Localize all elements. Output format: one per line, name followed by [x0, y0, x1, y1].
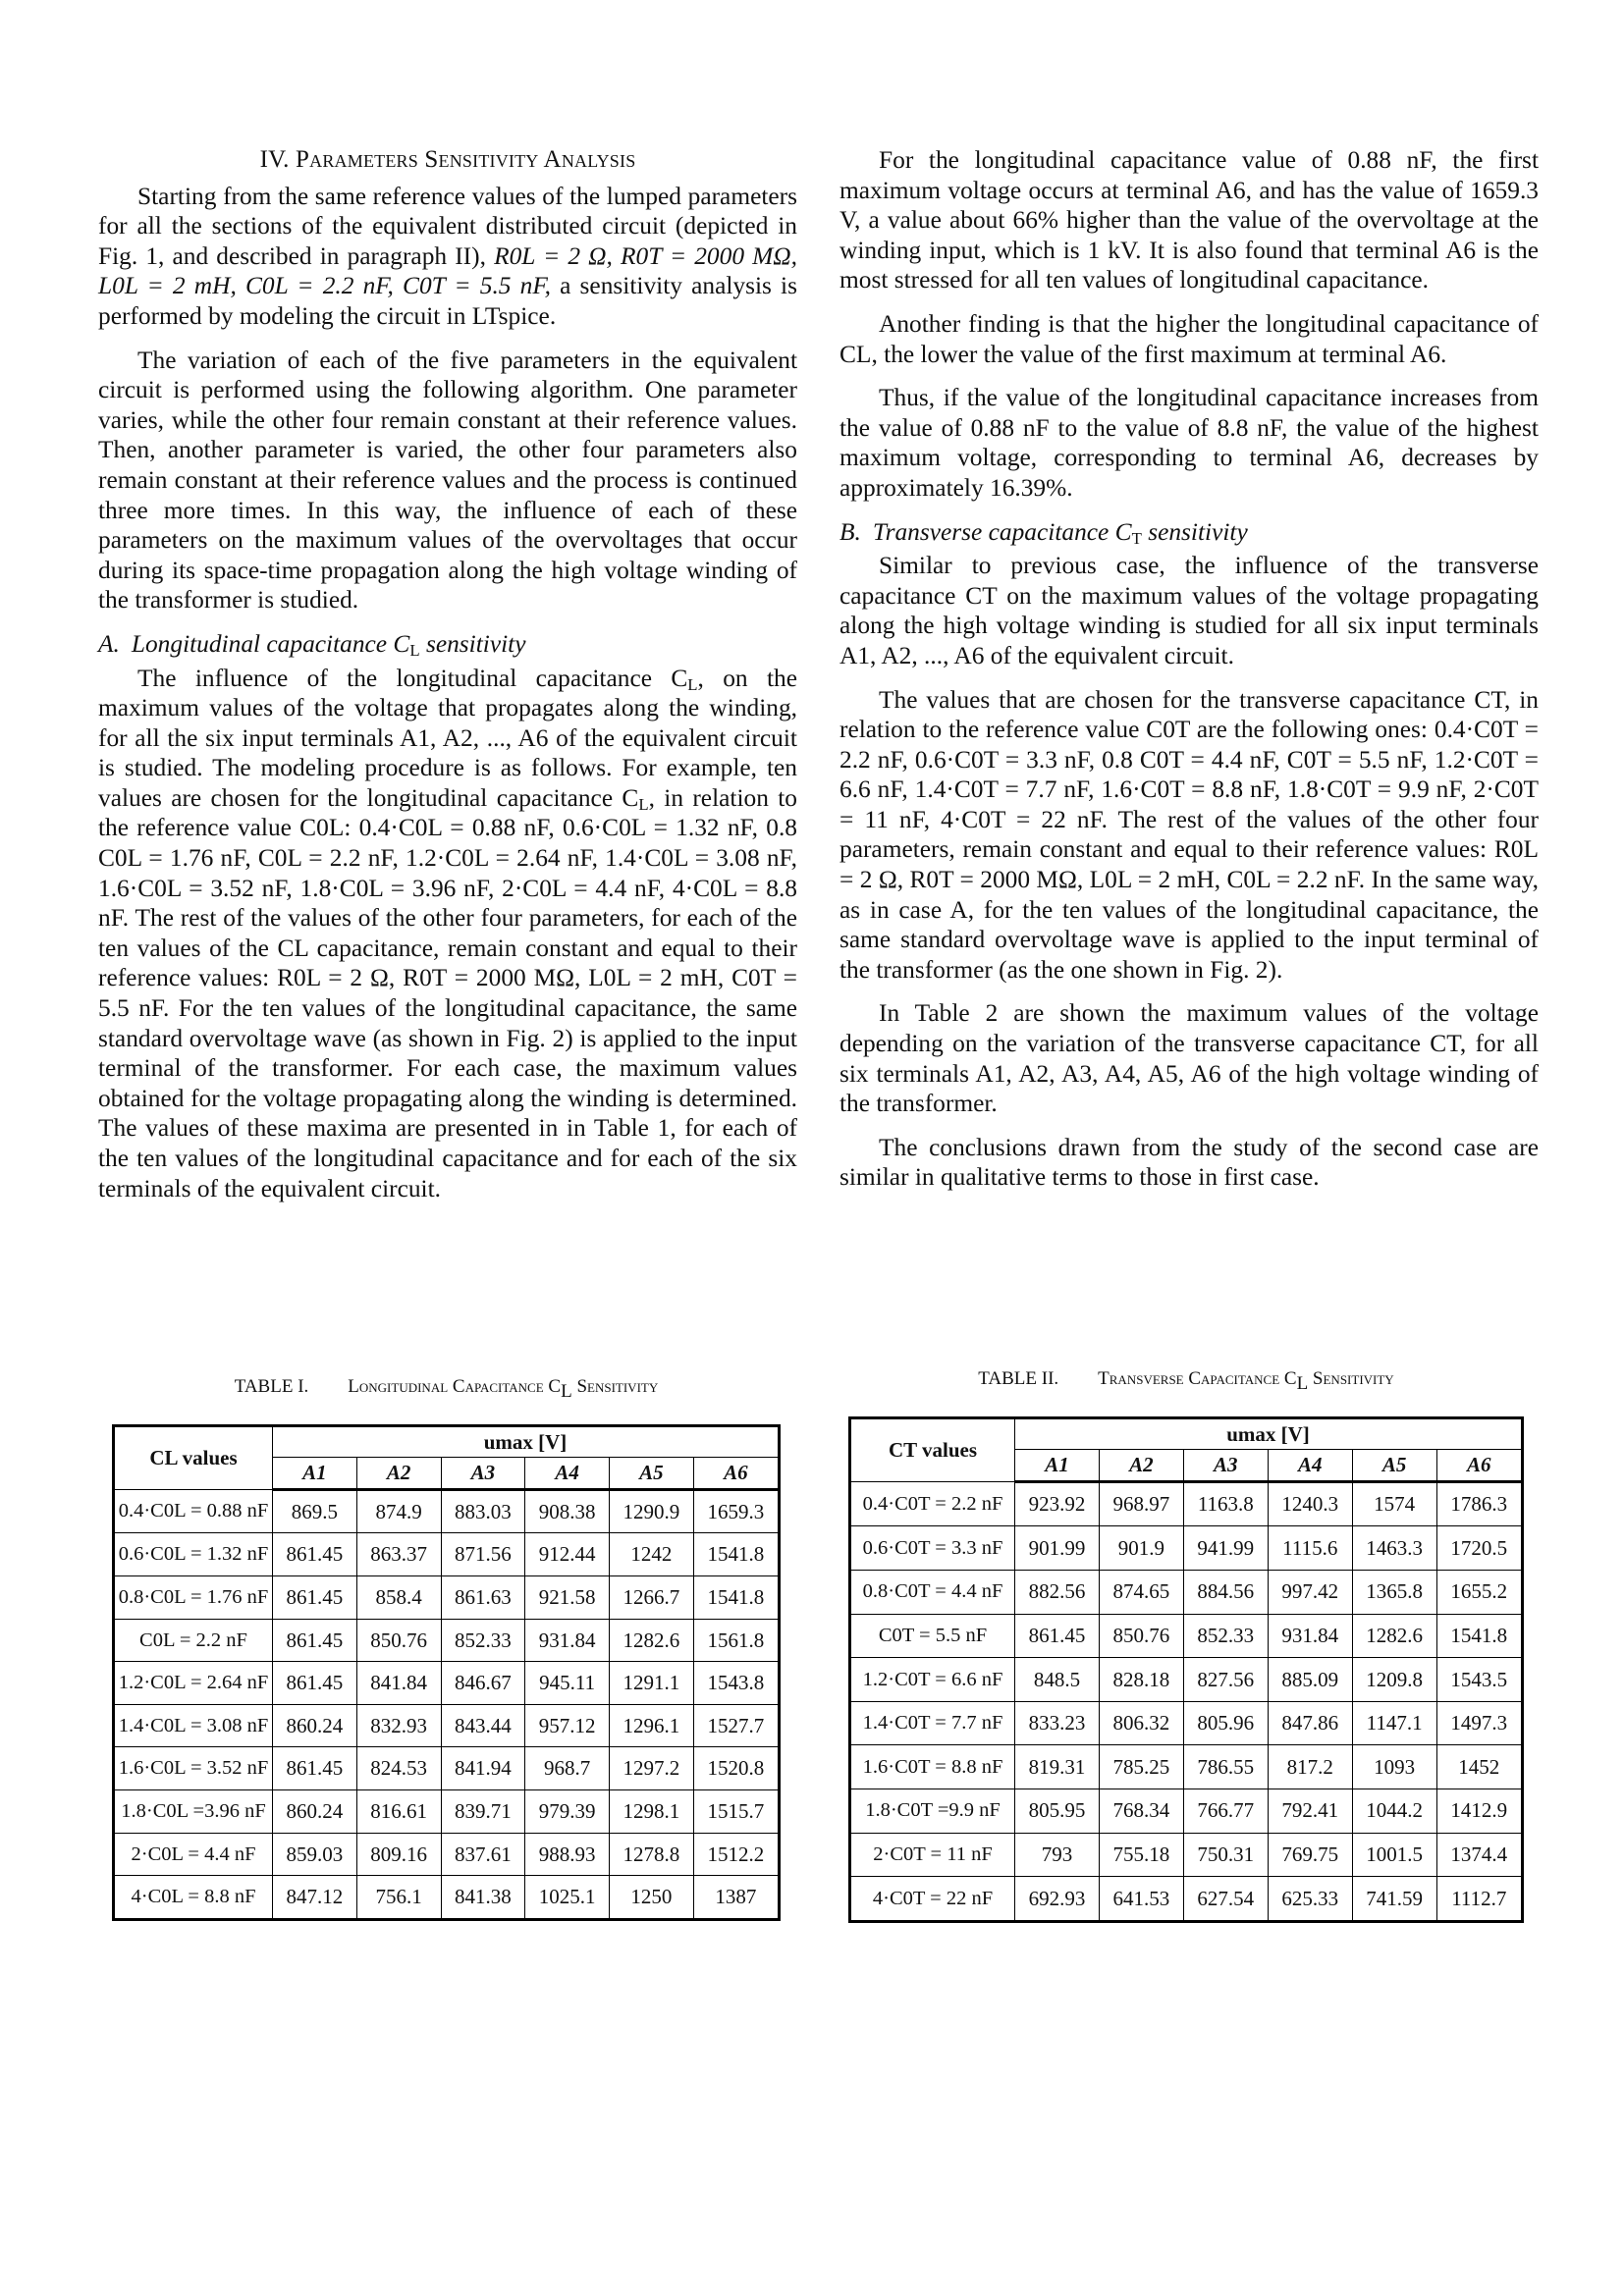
row-label: 1.2·C0L = 2.64 nF: [114, 1662, 273, 1705]
table-caption: TABLE I.Longitudinal Capacitance CL Sens…: [112, 1372, 781, 1403]
row-label: 1.4·C0T = 7.7 nF: [850, 1701, 1015, 1745]
table-cell: 1093: [1352, 1745, 1436, 1789]
table-row: 0.6·C0L = 1.32 nF861.45863.37871.56912.4…: [114, 1533, 780, 1576]
row-label: 0.8·C0T = 4.4 nF: [850, 1570, 1015, 1614]
table-cell: 837.61: [441, 1833, 525, 1876]
table-cell: 625.33: [1268, 1877, 1352, 1922]
row-label: 1.6·C0T = 8.8 nF: [850, 1745, 1015, 1789]
table-cell: 768.34: [1099, 1789, 1183, 1833]
table-cell: 1543.8: [693, 1662, 779, 1705]
table-row: 0.8·C0T = 4.4 nF882.56874.65884.56997.42…: [850, 1570, 1523, 1614]
table-cell: 809.16: [356, 1833, 441, 1876]
paragraph-algorithm: The variation of each of the five parame…: [98, 346, 797, 615]
subsection-a-heading: A.Longitudinal capacitance CL sensitivit…: [98, 629, 797, 660]
table-cell: 861.45: [1015, 1614, 1100, 1658]
table-row: 1.2·C0T = 6.6 nF848.5828.18827.56885.091…: [850, 1658, 1523, 1702]
table-cell: 1515.7: [693, 1789, 779, 1833]
table-cell: 1025.1: [525, 1876, 610, 1920]
table-cell: 627.54: [1183, 1877, 1268, 1922]
table-cell: 1297.2: [610, 1747, 694, 1790]
table-cell: 848.5: [1015, 1658, 1100, 1702]
paragraph-table2-ref: In Table 2 are shown the maximum values …: [839, 998, 1539, 1118]
paragraph-decrease: Thus, if the value of the longitudinal c…: [839, 383, 1539, 503]
table-cell: 1574: [1352, 1481, 1436, 1526]
table-row: 4·C0L = 8.8 nF847.12756.1841.381025.1125…: [114, 1876, 780, 1920]
table-cell: 1001.5: [1352, 1833, 1436, 1877]
row-label: 0.6·C0T = 3.3 nF: [850, 1526, 1015, 1571]
table-cell: 1452: [1436, 1745, 1522, 1789]
table-row: C0T = 5.5 nF861.45850.76852.33931.841282…: [850, 1614, 1523, 1658]
table-cell: 1543.5: [1436, 1658, 1522, 1702]
table-row: 0.4·C0T = 2.2 nF923.92968.971163.81240.3…: [850, 1481, 1523, 1526]
paragraph-text: The influence of the longitudinal capaci…: [137, 665, 687, 692]
subscript: L: [409, 641, 419, 660]
table-cell: 1412.9: [1436, 1789, 1522, 1833]
table-row: 4·C0T = 22 nF692.93641.53627.54625.33741…: [850, 1877, 1523, 1922]
table-cell: 859.03: [273, 1833, 357, 1876]
table-row: 0.6·C0T = 3.3 nF901.99901.9941.991115.61…: [850, 1526, 1523, 1571]
table-cell: 1720.5: [1436, 1526, 1522, 1571]
table-row: 1.6·C0L = 3.52 nF861.45824.53841.94968.7…: [114, 1747, 780, 1790]
table-cell: 1163.8: [1183, 1481, 1268, 1526]
table-cell: 861.45: [273, 1575, 357, 1619]
table-row: 1.4·C0T = 7.7 nF833.23806.32805.96847.86…: [850, 1701, 1523, 1745]
row-label: 1.8·C0L =3.96 nF: [114, 1789, 273, 1833]
table-cell: 861.45: [273, 1747, 357, 1790]
table-cell: 806.32: [1099, 1701, 1183, 1745]
subsection-title-end: sensitivity: [1142, 518, 1248, 546]
table-cell: 792.41: [1268, 1789, 1352, 1833]
row-label: 2·C0T = 11 nF: [850, 1833, 1015, 1877]
left-column: IV. Parameters Sensitivity Analysis Star…: [98, 145, 797, 1217]
table-cell: 1387: [693, 1876, 779, 1920]
row-label: 1.8·C0T =9.9 nF: [850, 1789, 1015, 1833]
table-cell: 882.56: [1015, 1570, 1100, 1614]
subsection-title: Transverse capacitance C: [873, 518, 1132, 546]
column-header: A2: [1099, 1450, 1183, 1482]
table-cell: 1266.7: [610, 1575, 694, 1619]
table-cell: 750.31: [1183, 1833, 1268, 1877]
table-row: 2·C0L = 4.4 nF859.03809.16837.61988.9312…: [114, 1833, 780, 1876]
table-cell: 931.84: [525, 1619, 610, 1662]
table-cell: 850.76: [1099, 1614, 1183, 1658]
row-label: 0.8·C0L = 1.76 nF: [114, 1575, 273, 1619]
subsection-label: A.: [98, 630, 120, 658]
column-header: A5: [610, 1458, 694, 1490]
table-cell: 1290.9: [610, 1489, 694, 1533]
table-cell: 805.95: [1015, 1789, 1100, 1833]
table-cell: 979.39: [525, 1789, 610, 1833]
table-cell: 1786.3: [1436, 1481, 1522, 1526]
table-cell: 1044.2: [1352, 1789, 1436, 1833]
table-cell: 769.75: [1268, 1833, 1352, 1877]
table-cell: 912.44: [525, 1533, 610, 1576]
row-label: 0.6·C0L = 1.32 nF: [114, 1533, 273, 1576]
table-cell: 827.56: [1183, 1658, 1268, 1702]
table-cell: 1497.3: [1436, 1701, 1522, 1745]
table-cell: 860.24: [273, 1789, 357, 1833]
subsection-label: B.: [839, 518, 861, 546]
table-cell: 884.56: [1183, 1570, 1268, 1614]
subscript: L: [561, 1381, 572, 1402]
paragraph-reference-values: Starting from the same reference values …: [98, 182, 797, 332]
table-cell: 1250: [610, 1876, 694, 1920]
table-cell: 1541.8: [1436, 1614, 1522, 1658]
table-cell: 885.09: [1268, 1658, 1352, 1702]
table-row: 0.8·C0L = 1.76 nF861.45858.4861.63921.58…: [114, 1575, 780, 1619]
table-cell: 1541.8: [693, 1575, 779, 1619]
table-cell: 863.37: [356, 1533, 441, 1576]
table-cell: 839.71: [441, 1789, 525, 1833]
table-cell: 847.12: [273, 1876, 357, 1920]
table-cell: 756.1: [356, 1876, 441, 1920]
table-body: 0.4·C0T = 2.2 nF923.92968.971163.81240.3…: [850, 1481, 1523, 1921]
table-cell: 1282.6: [610, 1619, 694, 1662]
data-table: CL values umax [V] A1 A2 A3 A4 A5 A6 0.4…: [112, 1424, 781, 1921]
column-header: A6: [1436, 1450, 1522, 1482]
table-cell: 1291.1: [610, 1662, 694, 1705]
section-heading: IV. Parameters Sensitivity Analysis: [98, 145, 797, 176]
table-cell: 957.12: [525, 1704, 610, 1747]
row-label: 0.4·C0T = 2.2 nF: [850, 1481, 1015, 1526]
table-cell: 847.86: [1268, 1701, 1352, 1745]
column-header: A3: [1183, 1450, 1268, 1482]
table-cell: 1463.3: [1352, 1526, 1436, 1571]
subscript: L: [687, 675, 697, 694]
table-cell: 828.18: [1099, 1658, 1183, 1702]
table-cell: 1240.3: [1268, 1481, 1352, 1526]
table-cell: 833.23: [1015, 1701, 1100, 1745]
table-cell: 921.58: [525, 1575, 610, 1619]
table-title: Longitudinal Capacitance C: [348, 1376, 561, 1397]
column-header: A6: [693, 1458, 779, 1490]
table-cell: 817.2: [1268, 1745, 1352, 1789]
table-cell: 945.11: [525, 1662, 610, 1705]
table-cell: 1115.6: [1268, 1526, 1352, 1571]
paragraph-first-maximum: For the longitudinal capacitance value o…: [839, 145, 1539, 295]
row-header: CL values: [114, 1425, 273, 1489]
table-cell: 1282.6: [1352, 1614, 1436, 1658]
table-cell: 841.38: [441, 1876, 525, 1920]
table-cell: 786.55: [1183, 1745, 1268, 1789]
table-cell: 874.65: [1099, 1570, 1183, 1614]
column-header: A4: [525, 1458, 610, 1490]
table-cell: 641.53: [1099, 1877, 1183, 1922]
table-cell: 861.45: [273, 1533, 357, 1576]
table-1: TABLE I.Longitudinal Capacitance CL Sens…: [112, 1372, 781, 1921]
table-cell: 871.56: [441, 1533, 525, 1576]
row-label: 0.4·C0L = 0.88 nF: [114, 1489, 273, 1533]
table-cell: 755.18: [1099, 1833, 1183, 1877]
table-cell: 1296.1: [610, 1704, 694, 1747]
paragraph-text: , in relation to the reference value C0L…: [98, 784, 797, 1202]
table-cell: 846.67: [441, 1662, 525, 1705]
right-column: For the longitudinal capacitance value o…: [839, 145, 1539, 1206]
table-row: 1.4·C0L = 3.08 nF860.24832.93843.44957.1…: [114, 1704, 780, 1747]
table-body: 0.4·C0L = 0.88 nF869.5874.9883.03908.381…: [114, 1489, 780, 1919]
table-cell: 968.97: [1099, 1481, 1183, 1526]
table-cell: 785.25: [1099, 1745, 1183, 1789]
table-cell: 908.38: [525, 1489, 610, 1533]
row-label: 1.2·C0T = 6.6 nF: [850, 1658, 1015, 1702]
table-cell: 1561.8: [693, 1619, 779, 1662]
section-numeral: IV.: [260, 146, 290, 173]
table-cell: 901.9: [1099, 1526, 1183, 1571]
group-header: umax [V]: [1015, 1417, 1523, 1450]
row-label: C0T = 5.5 nF: [850, 1614, 1015, 1658]
column-header: A2: [356, 1458, 441, 1490]
table-cell: 869.5: [273, 1489, 357, 1533]
table-cell: 874.9: [356, 1489, 441, 1533]
subscript: L: [638, 795, 648, 814]
table-number: TABLE II.: [978, 1368, 1058, 1389]
table-cell: 941.99: [1183, 1526, 1268, 1571]
table-cell: 850.76: [356, 1619, 441, 1662]
table-row: 2·C0T = 11 nF793755.18750.31769.751001.5…: [850, 1833, 1523, 1877]
table-caption: TABLE II.Transverse Capacitance CL Sensi…: [848, 1364, 1524, 1395]
table-cell: 901.99: [1015, 1526, 1100, 1571]
paragraph-ct-values: The values that are chosen for the trans…: [839, 685, 1539, 986]
table-row: 1.8·C0T =9.9 nF805.95768.34766.77792.411…: [850, 1789, 1523, 1833]
table-cell: 741.59: [1352, 1877, 1436, 1922]
table-cell: 852.33: [441, 1619, 525, 1662]
table-cell: 968.7: [525, 1747, 610, 1790]
table-cell: 861.45: [273, 1662, 357, 1705]
paragraph-ct-intro: Similar to previous case, the influence …: [839, 551, 1539, 670]
table-number: TABLE I.: [235, 1376, 309, 1397]
table-cell: 861.45: [273, 1619, 357, 1662]
table-cell: 988.93: [525, 1833, 610, 1876]
table-cell: 816.61: [356, 1789, 441, 1833]
table-cell: 766.77: [1183, 1789, 1268, 1833]
table-title-end: Sensitivity: [1308, 1368, 1394, 1389]
subsection-b-heading: B.Transverse capacitance CT sensitivity: [839, 517, 1539, 548]
table-cell: 883.03: [441, 1489, 525, 1533]
table-cell: 861.63: [441, 1575, 525, 1619]
row-label: 1.4·C0L = 3.08 nF: [114, 1704, 273, 1747]
table-cell: 923.92: [1015, 1481, 1100, 1526]
row-label: C0L = 2.2 nF: [114, 1619, 273, 1662]
table-cell: 1659.3: [693, 1489, 779, 1533]
table-cell: 692.93: [1015, 1877, 1100, 1922]
table-cell: 931.84: [1268, 1614, 1352, 1658]
table-cell: 793: [1015, 1833, 1100, 1877]
paragraph-conclusions: The conclusions drawn from the study of …: [839, 1133, 1539, 1193]
table-cell: 1278.8: [610, 1833, 694, 1876]
table-cell: 1209.8: [1352, 1658, 1436, 1702]
paragraph-finding: Another finding is that the higher the l…: [839, 309, 1539, 369]
table-row: 1.6·C0T = 8.8 nF819.31785.25786.55817.21…: [850, 1745, 1523, 1789]
table-cell: 832.93: [356, 1704, 441, 1747]
row-label: 2·C0L = 4.4 nF: [114, 1833, 273, 1876]
table-row: 1.2·C0L = 2.64 nF861.45841.84846.67945.1…: [114, 1662, 780, 1705]
table-cell: 843.44: [441, 1704, 525, 1747]
table-cell: 1655.2: [1436, 1570, 1522, 1614]
table-cell: 1374.4: [1436, 1833, 1522, 1877]
table-cell: 858.4: [356, 1575, 441, 1619]
table-2: TABLE II.Transverse Capacitance CL Sensi…: [848, 1364, 1524, 1923]
paragraph-cl-procedure: The influence of the longitudinal capaci…: [98, 664, 797, 1204]
table-cell: 1512.2: [693, 1833, 779, 1876]
row-header: CT values: [850, 1417, 1015, 1481]
table-cell: 1147.1: [1352, 1701, 1436, 1745]
table-cell: 1527.7: [693, 1704, 779, 1747]
row-label: 1.6·C0L = 3.52 nF: [114, 1747, 273, 1790]
column-header: A3: [441, 1458, 525, 1490]
table-cell: 852.33: [1183, 1614, 1268, 1658]
table-cell: 1112.7: [1436, 1877, 1522, 1922]
table-cell: 1541.8: [693, 1533, 779, 1576]
data-table: CT values umax [V] A1 A2 A3 A4 A5 A6 0.4…: [848, 1416, 1524, 1923]
row-label: 4·C0L = 8.8 nF: [114, 1876, 273, 1920]
table-cell: 1365.8: [1352, 1570, 1436, 1614]
table-cell: 1242: [610, 1533, 694, 1576]
table-cell: 841.94: [441, 1747, 525, 1790]
table-cell: 819.31: [1015, 1745, 1100, 1789]
section-title: Parameters Sensitivity Analysis: [296, 146, 635, 173]
row-label: 4·C0T = 22 nF: [850, 1877, 1015, 1922]
subscript: L: [1297, 1373, 1309, 1394]
table-cell: 841.84: [356, 1662, 441, 1705]
column-header: A4: [1268, 1450, 1352, 1482]
table-cell: 805.96: [1183, 1701, 1268, 1745]
table-row: 1.8·C0L =3.96 nF860.24816.61839.71979.39…: [114, 1789, 780, 1833]
column-header: A1: [273, 1458, 357, 1490]
table-title: Transverse Capacitance C: [1098, 1368, 1296, 1389]
table-cell: 1520.8: [693, 1747, 779, 1790]
subsection-title-end: sensitivity: [420, 630, 526, 658]
table-cell: 997.42: [1268, 1570, 1352, 1614]
subsection-title: Longitudinal capacitance C: [132, 630, 410, 658]
column-header: A1: [1015, 1450, 1100, 1482]
table-cell: 860.24: [273, 1704, 357, 1747]
subscript: T: [1132, 529, 1142, 548]
table-title-end: Sensitivity: [572, 1376, 659, 1397]
group-header: umax [V]: [273, 1425, 780, 1458]
column-header: A5: [1352, 1450, 1436, 1482]
table-row: 0.4·C0L = 0.88 nF869.5874.9883.03908.381…: [114, 1489, 780, 1533]
table-cell: 824.53: [356, 1747, 441, 1790]
table-cell: 1298.1: [610, 1789, 694, 1833]
table-row: C0L = 2.2 nF861.45850.76852.33931.841282…: [114, 1619, 780, 1662]
